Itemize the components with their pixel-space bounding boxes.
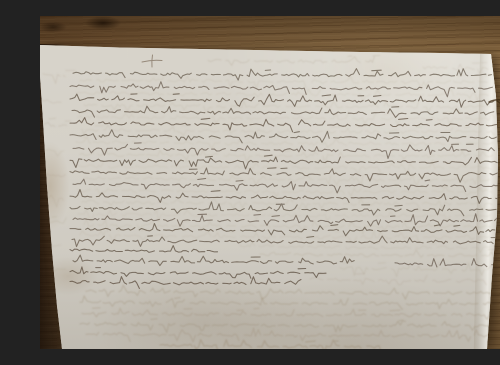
verso-bleedthrough-text <box>42 55 497 349</box>
handwriting-ink-layer <box>40 16 500 349</box>
cross-mark-and-wood-debris <box>142 55 500 103</box>
manuscript-photograph: Close-up photograph of one leaf of an ea… <box>40 16 500 349</box>
